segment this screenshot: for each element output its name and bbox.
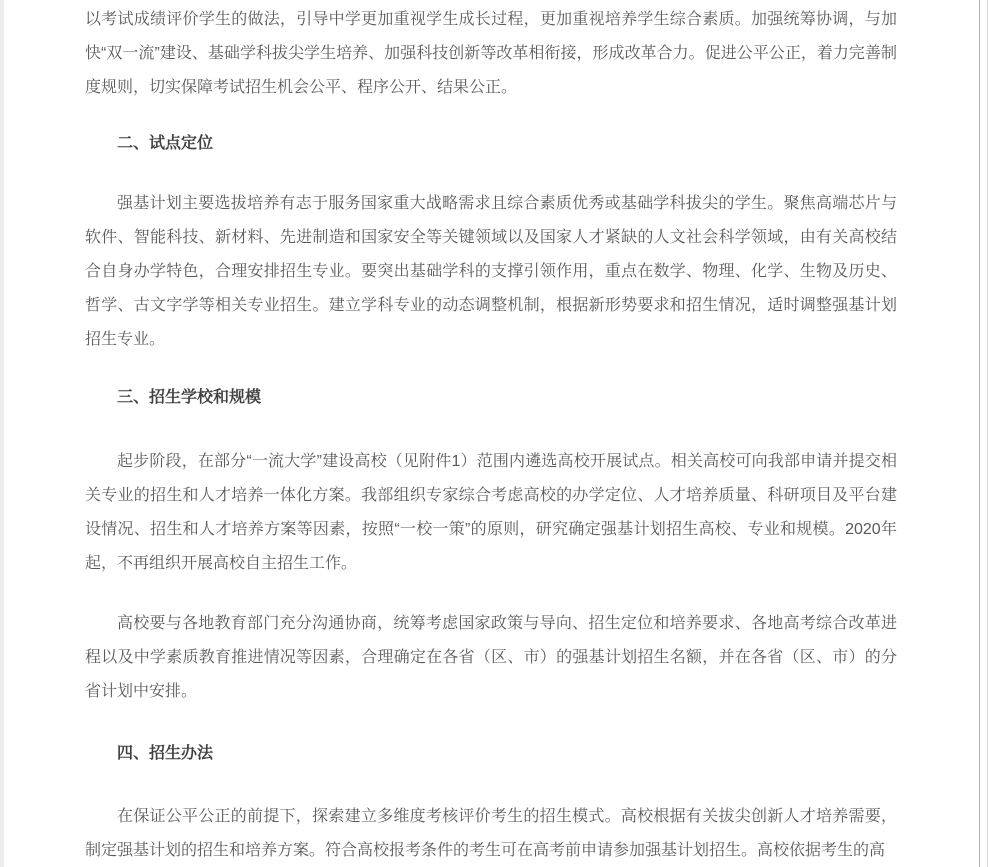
doc-heading-section-4: 四、招生办法	[85, 737, 897, 771]
doc-paragraph-admission-method: 在保证公平公正的前提下，探索建立多维度考核评价考生的招生模式。高校根据有关拔尖创…	[85, 800, 897, 867]
doc-paragraph-school-scope: 起步阶段，在部分“一流大学”建设高校（见附件1）范围内遴选高校开展试点。相关高校…	[85, 445, 897, 581]
doc-heading-section-2: 二、试点定位	[85, 127, 897, 161]
page-right-border	[979, 0, 980, 867]
page-left-edge-strip	[0, 0, 4, 867]
doc-heading-section-3: 三、招生学校和规模	[85, 381, 897, 415]
document-body: 以考试成绩评价学生的做法，引导中学更加重视学生成长过程，更加重视培养学生综合素质…	[85, 0, 897, 867]
doc-paragraph-provincial-quota: 高校要与各地教育部门充分沟通协商，统筹考虑国家政策与导向、招生定位和培养要求、各…	[85, 607, 897, 709]
doc-paragraph-continuation: 以考试成绩评价学生的做法，引导中学更加重视学生成长过程，更加重视培养学生综合素质…	[85, 3, 897, 105]
doc-paragraph-pilot-positioning: 强基计划主要选拔培养有志于服务国家重大战略需求且综合素质优秀或基础学科拔尖的学生…	[85, 187, 897, 357]
